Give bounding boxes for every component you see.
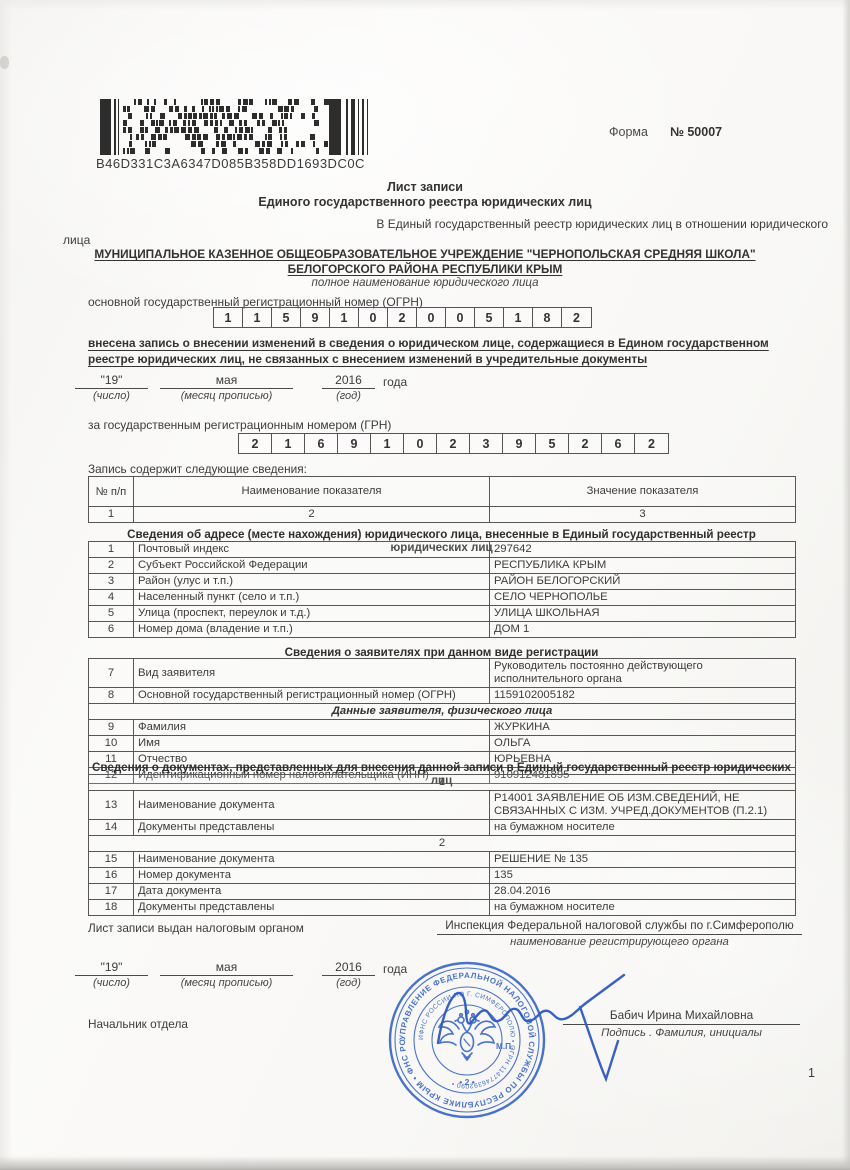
table-subheader: Данные заявителя, физического лица — [89, 704, 796, 720]
digit-cell: 2 — [635, 434, 668, 453]
record-statement-line1: внесена запись о внесении изменений в св… — [88, 335, 800, 351]
ogrn-digit-boxes: 1159102005182 — [213, 307, 592, 328]
digit-cell: 1 — [214, 308, 243, 327]
issue-date-month: мая (месяц прописью) — [160, 960, 293, 989]
digit-cell: 2 — [562, 308, 591, 327]
scan-edge-top — [0, 0, 850, 10]
document-title-line2: Единого государственного реестра юридиче… — [0, 195, 850, 210]
table-row: 10ИмяОЛЬГА — [89, 736, 796, 752]
section-address-table: 1Почтовый индекс2976422Субъект Российско… — [88, 541, 796, 638]
issue-date-day: "19" (число) — [75, 960, 148, 989]
scan-edge-left — [0, 0, 12, 1170]
issue-date-year-caption: (год) — [322, 976, 375, 989]
record-statement-line2: реестре юридических лиц, не связанных с … — [88, 351, 800, 367]
row-indicator-value: Р14001 ЗАЯВЛЕНИЕ ОБ ИЗМ.СВЕДЕНИЙ, НЕ СВЯ… — [490, 791, 796, 820]
table-row: 6Номер дома (владение и т.п.)ДОМ 1 — [89, 622, 796, 638]
row-indicator-value: 28.04.2016 — [490, 884, 796, 900]
row-number: 1 — [89, 542, 134, 558]
table-row: 9ФамилияЖУРКИНА — [89, 720, 796, 736]
barcode-text: B46D331C3A6347D085B358DD1693DC0C — [96, 156, 365, 171]
table-row: 1Почтовый индекс297642 — [89, 542, 796, 558]
row-number: 5 — [89, 606, 134, 622]
registering-authority-caption: наименование регистрирующего органа — [437, 936, 802, 948]
digit-cell: 0 — [404, 434, 437, 453]
digit-cell: 2 — [569, 434, 602, 453]
row-number: 3 — [89, 574, 134, 590]
scan-edge-bottom — [0, 1156, 850, 1170]
form-label: Форма — [609, 125, 648, 139]
row-number: 2 — [89, 558, 134, 574]
table-row: 4Населенный пункт (село и т.п.)СЕЛО ЧЕРН… — [89, 590, 796, 606]
table-row: 15Наименование документаРЕШЕНИЕ № 135 — [89, 852, 796, 868]
col-index-2: 2 — [134, 507, 490, 523]
row-indicator-value: РЕШЕНИЕ № 135 — [490, 852, 796, 868]
document-title-line1: Лист записи — [0, 180, 850, 195]
row-indicator-value: 135 — [490, 868, 796, 884]
row-indicator-value: РЕСПУБЛИКА КРЫМ — [490, 558, 796, 574]
row-indicator-value: СЕЛО ЧЕРНОПОЛЬЕ — [490, 590, 796, 606]
record-header-table: № п/п Наименование показателя Значение п… — [88, 476, 796, 523]
scan-edge-right — [842, 0, 850, 1170]
reg-date-day-value: "19" — [75, 373, 148, 389]
row-indicator-name: Вид заявителя — [134, 659, 490, 688]
digit-cell: 3 — [470, 434, 503, 453]
organization-caption: полное наименование юридического лица — [0, 277, 850, 289]
grn-digit-boxes: 2169102395262 — [238, 433, 669, 454]
digit-cell: 0 — [446, 308, 475, 327]
row-number: 18 — [89, 900, 134, 916]
organization-name-line2: БЕЛОГОРСКОГО РАЙОНА РЕСПУБЛИКИ КРЫМ — [0, 262, 850, 276]
reg-date-day: "19" (число) — [75, 373, 148, 402]
row-indicator-name: Населенный пункт (село и т.п.) — [134, 590, 490, 606]
digit-cell: 2 — [388, 308, 417, 327]
table-row: 18Документы представленына бумажном носи… — [89, 900, 796, 916]
row-indicator-value: Руководитель постоянно действующего испо… — [490, 659, 796, 688]
table-subheader-row: Данные заявителя, физического лица — [89, 704, 796, 720]
row-indicator-value: 1159102005182 — [490, 688, 796, 704]
row-number: 13 — [89, 791, 134, 820]
handwritten-signature — [420, 965, 660, 1100]
table-row: 5Улица (проспект, переулок и т.д.)УЛИЦА … — [89, 606, 796, 622]
reg-date-day-caption: (число) — [75, 389, 148, 402]
col-index-3: 3 — [490, 507, 796, 523]
reg-date-month-caption: (месяц прописью) — [160, 389, 293, 402]
reg-date-year-value: 2016 — [322, 373, 375, 389]
table-row: 14Документы представленына бумажном носи… — [89, 820, 796, 836]
row-indicator-name: Имя — [134, 736, 490, 752]
digit-cell: 5 — [272, 308, 301, 327]
row-number: 16 — [89, 868, 134, 884]
digit-cell: 0 — [417, 308, 446, 327]
record-intro: Запись содержит следующие сведения: — [88, 462, 307, 476]
barcode-2d — [100, 99, 380, 156]
reg-date-month-value: мая — [160, 373, 293, 389]
row-number: 8 — [89, 688, 134, 704]
record-statement: внесена запись о внесении изменений в св… — [88, 335, 800, 367]
digit-cell: 1 — [371, 434, 404, 453]
reg-date-month: мая (месяц прописью) — [160, 373, 293, 402]
intro-line: В Единый государственный реестр юридичес… — [0, 217, 828, 231]
digit-cell: 2 — [437, 434, 470, 453]
col-header-name: Наименование показателя — [134, 477, 490, 507]
intro-line-continuation: лица — [63, 233, 90, 247]
row-number: 9 — [89, 720, 134, 736]
table-subheader: 1 — [89, 775, 796, 791]
row-indicator-name: Номер дома (владение и т.п.) — [134, 622, 490, 638]
digit-cell: 9 — [503, 434, 536, 453]
issue-date-year-value: 2016 — [322, 960, 375, 976]
digit-cell: 1 — [330, 308, 359, 327]
reg-date-year-word: года — [383, 375, 407, 389]
col-header-num: № п/п — [89, 477, 134, 507]
row-number: 4 — [89, 590, 134, 606]
grn-label: за государственным регистрационным номер… — [88, 418, 391, 432]
table-row: 8Основной государственный регистрационны… — [89, 688, 796, 704]
row-indicator-name: Район (улус и т.п.) — [134, 574, 490, 590]
digit-cell: 8 — [533, 308, 562, 327]
row-indicator-value: ЖУРКИНА — [490, 720, 796, 736]
reg-date-year-caption: (год) — [322, 389, 375, 402]
scanned-document-page: B46D331C3A6347D085B358DD1693DC0C Форма №… — [0, 0, 850, 1170]
issue-date-month-value: мая — [160, 960, 293, 976]
row-indicator-value: ОЛЬГА — [490, 736, 796, 752]
row-indicator-name: Документы представлены — [134, 820, 490, 836]
table-row: 7Вид заявителяРуководитель постоянно дей… — [89, 659, 796, 688]
page-number: 1 — [808, 1066, 815, 1080]
digit-cell: 6 — [305, 434, 338, 453]
table-subheader-row: 2 — [89, 836, 796, 852]
row-indicator-name: Основной государственный регистрационный… — [134, 688, 490, 704]
col-header-value: Значение показателя — [490, 477, 796, 507]
organization-name-line1: МУНИЦИПАЛЬНОЕ КАЗЕННОЕ ОБЩЕОБРАЗОВАТЕЛЬН… — [0, 247, 850, 261]
section-documents-table: 113Наименование документаР14001 ЗАЯВЛЕНИ… — [88, 774, 796, 916]
issue-date-day-caption: (число) — [75, 976, 148, 989]
row-number: 6 — [89, 622, 134, 638]
row-indicator-name: Номер документа — [134, 868, 490, 884]
digit-cell: 0 — [359, 308, 388, 327]
table-row: 13Наименование документаР14001 ЗАЯВЛЕНИЕ… — [89, 791, 796, 820]
digit-cell: 6 — [602, 434, 635, 453]
row-indicator-value: ДОМ 1 — [490, 622, 796, 638]
row-indicator-name: Фамилия — [134, 720, 490, 736]
form-number: № 50007 — [670, 125, 722, 139]
row-number: 14 — [89, 820, 134, 836]
form-number-block: Форма № 50007 — [609, 125, 722, 139]
digit-cell: 1 — [504, 308, 533, 327]
reg-date-year: 2016 (год) — [322, 373, 375, 402]
table-row: 3Район (улус и т.п.)РАЙОН БЕЛОГОРСКИЙ — [89, 574, 796, 590]
table-subheader-row: 1 — [89, 775, 796, 791]
row-indicator-value: на бумажном носителе — [490, 820, 796, 836]
issue-date-day-value: "19" — [75, 960, 148, 976]
row-number: 10 — [89, 736, 134, 752]
row-indicator-name: Субъект Российской Федерации — [134, 558, 490, 574]
row-indicator-value: УЛИЦА ШКОЛЬНАЯ — [490, 606, 796, 622]
row-indicator-name: Наименование документа — [134, 791, 490, 820]
digit-cell: 9 — [301, 308, 330, 327]
col-index-1: 1 — [89, 507, 134, 523]
document-title: Лист записи Единого государственного рее… — [0, 180, 850, 210]
row-indicator-value: РАЙОН БЕЛОГОРСКИЙ — [490, 574, 796, 590]
official-title: Начальник отдела — [88, 1017, 188, 1031]
scan-smudge — [0, 56, 9, 69]
row-indicator-name: Дата документа — [134, 884, 490, 900]
table-subheader: 2 — [89, 836, 796, 852]
digit-cell: 5 — [536, 434, 569, 453]
row-indicator-value: 297642 — [490, 542, 796, 558]
digit-cell: 5 — [475, 308, 504, 327]
table-row: 17Дата документа28.04.2016 — [89, 884, 796, 900]
row-indicator-name: Документы представлены — [134, 900, 490, 916]
table-row: 2Субъект Российской ФедерацииРЕСПУБЛИКА … — [89, 558, 796, 574]
digit-cell: 2 — [239, 434, 272, 453]
row-indicator-name: Наименование документа — [134, 852, 490, 868]
issued-by-label: Лист записи выдан налоговым органом — [88, 921, 304, 935]
digit-cell: 9 — [338, 434, 371, 453]
registering-authority: Инспекция Федеральной налоговой службы п… — [437, 918, 802, 935]
row-indicator-value: на бумажном носителе — [490, 900, 796, 916]
digit-cell: 1 — [243, 308, 272, 327]
issue-date-year: 2016 (год) — [322, 960, 375, 989]
row-indicator-name: Почтовый индекс — [134, 542, 490, 558]
row-number: 15 — [89, 852, 134, 868]
row-number: 17 — [89, 884, 134, 900]
issue-date-month-caption: (месяц прописью) — [160, 976, 293, 989]
table-row: 16Номер документа135 — [89, 868, 796, 884]
digit-cell: 1 — [272, 434, 305, 453]
row-number: 7 — [89, 659, 134, 688]
row-indicator-name: Улица (проспект, переулок и т.д.) — [134, 606, 490, 622]
